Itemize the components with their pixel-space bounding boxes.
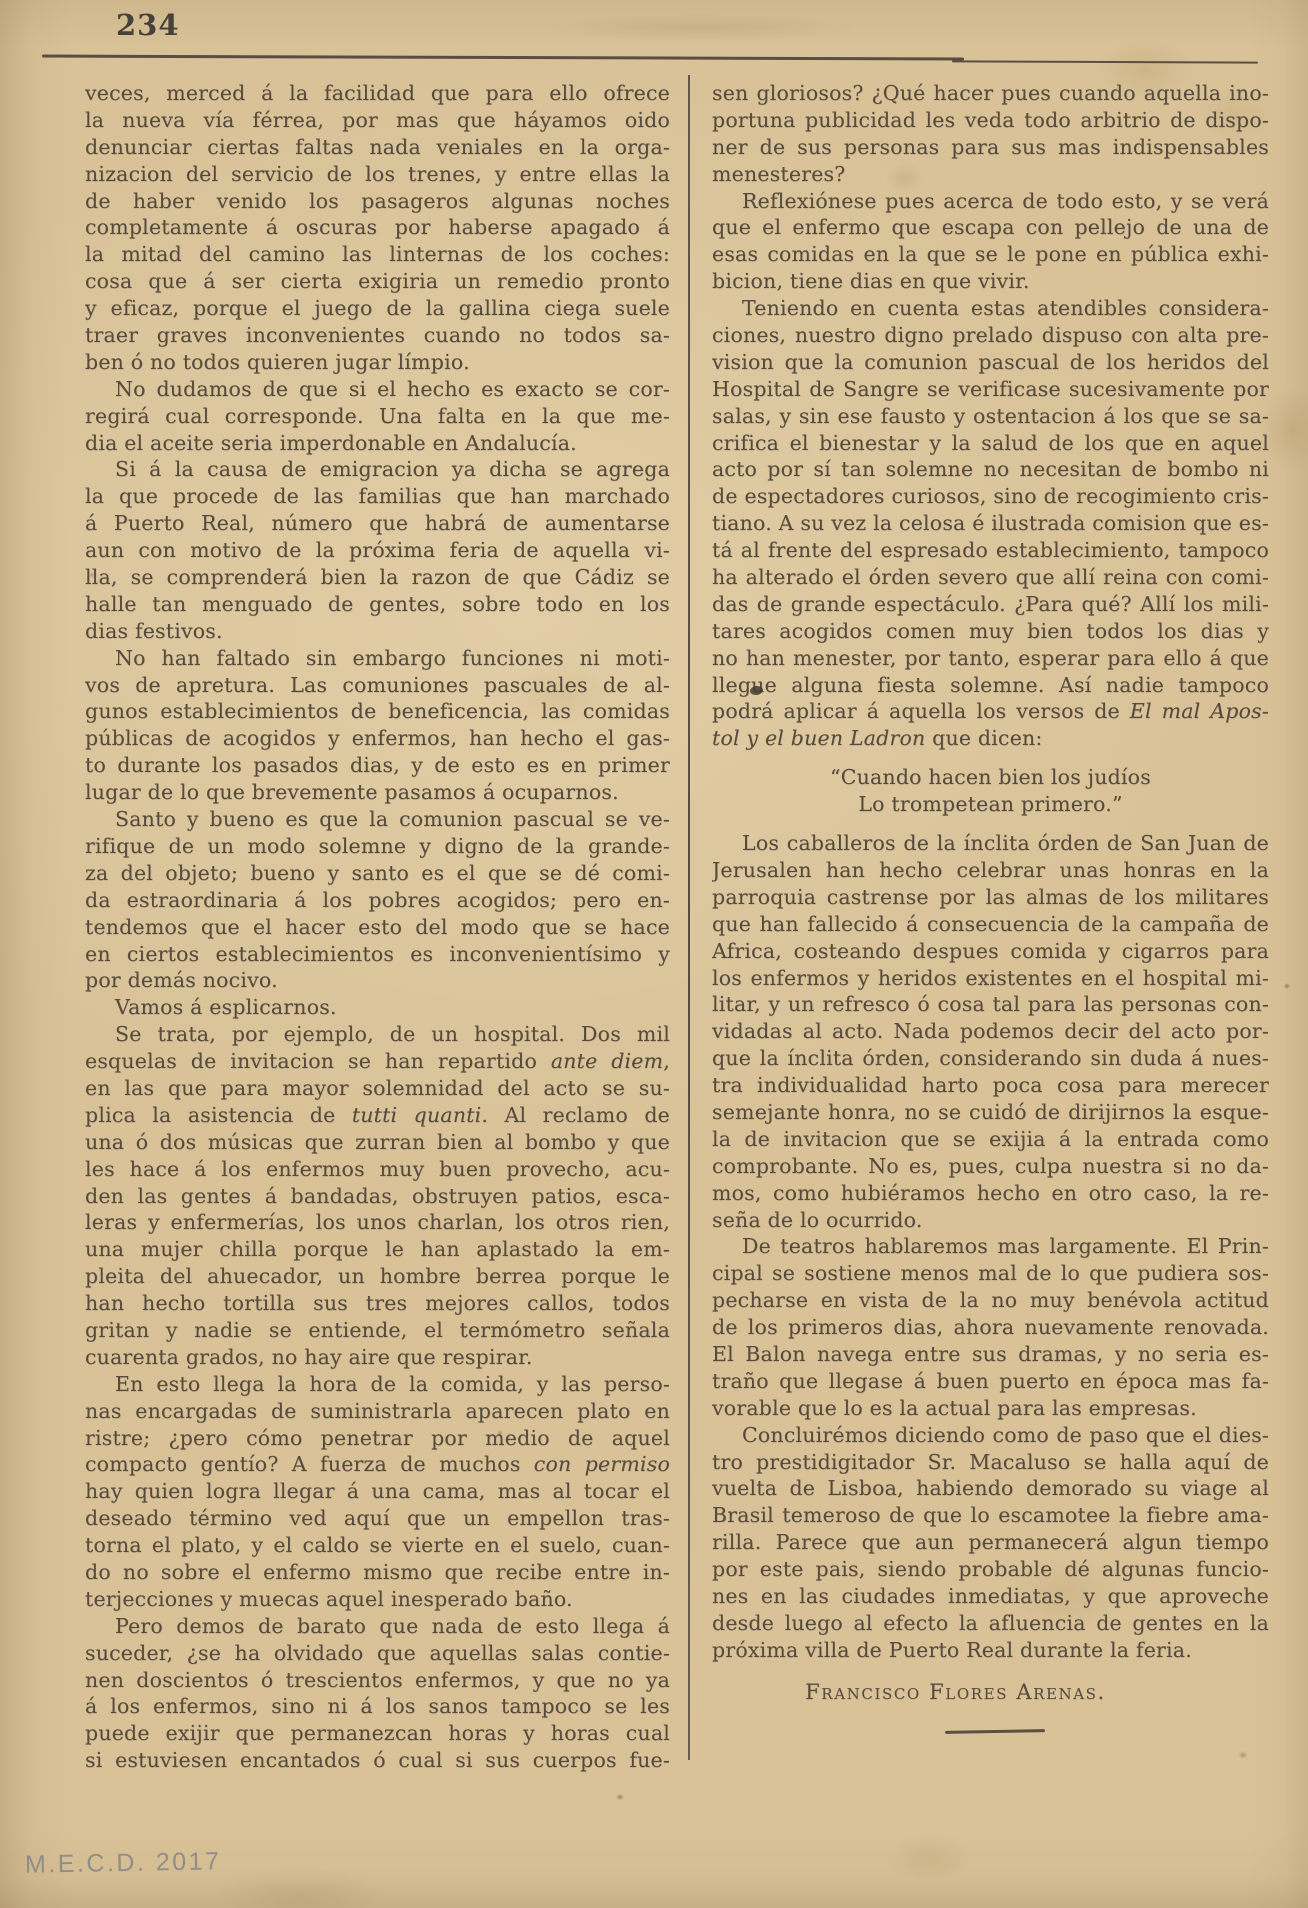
text-line: compacto gentío? A fuerza de muchos con … — [85, 1451, 670, 1478]
text-line: de espectadores curiosos, sino de recogi… — [712, 483, 1269, 510]
text-line: menesteres? — [712, 161, 1269, 188]
text-line: pecharse en vista de la no muy benévola … — [712, 1287, 1269, 1314]
text-line: si estuviesen encantados ó cual si sus c… — [85, 1747, 670, 1774]
text-line: podrá aplicar á aquella los versos de El… — [712, 698, 1269, 725]
text-line: tiano. A su vez la celosa é ilustrada co… — [712, 510, 1269, 537]
text-line: rifique de un modo solemne y digno de la… — [85, 833, 670, 860]
text-line: cuarenta grados, no hay aire que respira… — [85, 1344, 670, 1371]
text-line: próxima villa de Puerto Real durante la … — [712, 1637, 1269, 1664]
text-line: que la ínclita órden, considerando sin d… — [712, 1045, 1269, 1072]
text-line: mos, como hubiéramos hecho en otro caso,… — [712, 1180, 1269, 1207]
text-line: torna el plato, y el caldo se vierte en … — [85, 1532, 670, 1559]
text-line: semejante honra, no se cuidó de dirijirn… — [712, 1099, 1269, 1126]
text-line: plica la asistencia de tutti quanti. Al … — [85, 1102, 670, 1129]
text-line: completamente á oscuras por haberse apag… — [85, 214, 670, 241]
text-line: to durante los pasados dias, y de esto e… — [85, 752, 670, 779]
text-line: una mujer chilla porque le han aplastado… — [85, 1236, 670, 1263]
text-line: la nueva vía férrea, por mas que háyamos… — [85, 107, 670, 134]
header-rule — [42, 55, 964, 61]
text-line: Lo trompetean primero.” — [712, 791, 1269, 818]
text-line: den las gentes á bandadas, obstruyen pat… — [85, 1183, 670, 1210]
text-line: terjecciones y muecas aquel inesperado b… — [85, 1586, 670, 1613]
text-line: De teatros hablaremos mas largamente. El… — [712, 1233, 1269, 1260]
text-line: tra individualidad harto poca cosa para … — [712, 1072, 1269, 1099]
text-line: desde luego al efecto la afluencia de ge… — [712, 1610, 1269, 1637]
text-line: acto por sí tan solemne no necesitan de … — [712, 456, 1269, 483]
text-line: Jerusalen han hecho celebrar unas honras… — [712, 857, 1269, 884]
scanned-page: 234 veces, merced á la facilidad que par… — [0, 0, 1308, 1908]
text-line: vision que la comunion pascual de los he… — [712, 349, 1269, 376]
text-line: denunciar ciertas faltas nada veniales e… — [85, 134, 670, 161]
text-line: salas, y sin ese fausto y ostentacion á … — [712, 403, 1269, 430]
text-line: Si á la causa de emigracion ya dicha se … — [85, 456, 670, 483]
text-line: regirá cual corresponde. Una falta en la… — [85, 403, 670, 430]
text-line: esas comidas en la que se le pone en púb… — [712, 241, 1269, 268]
text-line: á Puerto Real, número que habrá de aumen… — [85, 510, 670, 537]
text-line: Se trata, por ejemplo, de un hospital. D… — [85, 1021, 670, 1048]
text-line: esquelas de invitacion se han repartido … — [85, 1048, 670, 1075]
text-line: han hecho tortilla sus tres mejores call… — [85, 1290, 670, 1317]
text-line: das de grande espectáculo. ¿Para qué? Al… — [712, 591, 1269, 618]
text-line: suceder, ¿se ha olvidado que aquellas sa… — [85, 1640, 670, 1667]
text-line: la mitad del camino las linternas de los… — [85, 241, 670, 268]
page-number: 234 — [116, 8, 180, 42]
mecd-watermark: M.E.C.D. 2017 — [25, 1847, 222, 1879]
text-line: gunos establecimientos de beneficencia, … — [85, 698, 670, 725]
text-line: nes en las ciudades inmediatas, y que ap… — [712, 1583, 1269, 1610]
text-line: Brasil temeroso de que lo escamotee la f… — [712, 1502, 1269, 1529]
text-line: pleita del ahuecador, un hombre berrea p… — [85, 1263, 670, 1290]
text-line: veces, merced á la facilidad que para el… — [85, 80, 670, 107]
text-line: que el enfermo que escapa con pellejo de… — [712, 214, 1269, 241]
text-line: lugar de lo que brevemente pasamos á ocu… — [85, 779, 670, 806]
text-line: halle tan menguado de gentes, sobre todo… — [85, 591, 670, 618]
text-line: Concluirémos diciendo como de paso que e… — [712, 1422, 1269, 1449]
text-line: vos de apretura. Las comuniones pascuale… — [85, 672, 670, 699]
text-line: tol y el buen Ladron que dicen: — [712, 725, 1269, 752]
text-line: en ciertos establecimientos es inconveni… — [85, 941, 670, 968]
text-line: sen gloriosos? ¿Qué hacer pues cuando aq… — [712, 80, 1269, 107]
text-line: ha alterado el órden severo que allí rei… — [712, 564, 1269, 591]
text-line: Los caballeros de la ínclita órden de Sa… — [712, 830, 1269, 857]
text-line: Teniendo en cuenta estas atendibles cons… — [712, 295, 1269, 322]
section-end-rule — [945, 1729, 1045, 1734]
text-line: Hospital de Sangre se verificase sucesiv… — [712, 376, 1269, 403]
text-line: bicion, tiene dias en que vivir. — [712, 268, 1269, 295]
right-column: sen gloriosos? ¿Qué hacer pues cuando aq… — [712, 80, 1269, 1664]
header-rule-right — [952, 60, 1258, 63]
text-line: traer graves inconvenientes cuando no to… — [85, 322, 670, 349]
column-divider-rule — [688, 75, 690, 1760]
text-line: ner de sus personas para sus mas indispe… — [712, 134, 1269, 161]
text-line: ristre; ¿pero cómo penetrar por medio de… — [85, 1425, 670, 1452]
text-line: públicas de acogidos y enfermos, han hec… — [85, 725, 670, 752]
text-line: una ó dos músicas que zurran bien al bom… — [85, 1129, 670, 1156]
text-line: vidadas al acto. Nada podemos decir del … — [712, 1018, 1269, 1045]
text-line: vorable que lo es la actual para las emp… — [712, 1395, 1269, 1422]
text-line: cipal se sostiene menos mal de lo que pu… — [712, 1260, 1269, 1287]
text-line: aun con motivo de la próxima feria de aq… — [85, 537, 670, 564]
text-line: ben ó no todos quieren jugar límpio. — [85, 349, 670, 376]
text-line: hay quien logra llegar á una cama, mas a… — [85, 1478, 670, 1505]
text-line: á los enfermos, sino ni á los sanos tamp… — [85, 1693, 670, 1720]
text-line: portuna publicidad les veda todo arbitri… — [712, 107, 1269, 134]
text-line: ciones, nuestro digno prelado dispuso co… — [712, 322, 1269, 349]
text-line: Reflexiónese pues acerca de todo esto, y… — [712, 188, 1269, 215]
text-line: nen doscientos ó trescientos enfermos, y… — [85, 1667, 670, 1694]
text-line: traño que llegase á buen puerto en época… — [712, 1368, 1269, 1395]
text-line: Pero demos de barato que nada de esto ll… — [85, 1613, 670, 1640]
text-line: llegue alguna fiesta solemne. Así nadie … — [712, 672, 1269, 699]
text-line: lla, se comprenderá bien la razon de que… — [85, 564, 670, 591]
text-line: en las que para mayor solemnidad del act… — [85, 1075, 670, 1102]
text-line: En esto llega la hora de la comida, y la… — [85, 1371, 670, 1398]
text-line: tendemos que el hacer esto del modo que … — [85, 914, 670, 941]
text-line: tro prestidigitador Sr. Macaluso se hall… — [712, 1449, 1269, 1476]
text-line: do no sobre el enfermo mismo que recibe … — [85, 1559, 670, 1586]
text-line: Africa, costeando despues comida y cigar… — [712, 938, 1269, 965]
text-line: por este pais, siendo probable dé alguna… — [712, 1556, 1269, 1583]
text-line: comprobante. No es, pues, culpa nuestra … — [712, 1153, 1269, 1180]
text-line: dias festivos. — [85, 618, 670, 645]
text-line: Santo y bueno es que la comunion pascual… — [85, 806, 670, 833]
text-line: tá al frente del espresado establecimien… — [712, 537, 1269, 564]
text-line: rilla. Parece que aun permanecerá algun … — [712, 1529, 1269, 1556]
text-line: da estraordinaria á los pobres acogidos;… — [85, 887, 670, 914]
text-line: “Cuando hacen bien los judíos — [712, 764, 1269, 791]
text-line: seña de lo ocurrido. — [712, 1207, 1269, 1234]
text-line: les hace á los enfermos muy buen provech… — [85, 1156, 670, 1183]
text-line: la que procede de las familias que han m… — [85, 483, 670, 510]
author-signature: Francisco Flores Arenas. — [677, 1680, 1234, 1704]
text-line: cosa que á ser cierta exigiria un remedi… — [85, 268, 670, 295]
text-line: deseado término ved aquí que un empellon… — [85, 1505, 670, 1532]
text-line: los enfermos y heridos existentes en el … — [712, 965, 1269, 992]
text-line: de haber venido los pasageros algunas no… — [85, 188, 670, 215]
text-line: nas encargadas de suministrarla aparecen… — [85, 1398, 670, 1425]
text-line: za del objeto; bueno y santo es el que s… — [85, 860, 670, 887]
text-line: tares acogidos comen muy bien todos los … — [712, 618, 1269, 645]
text-line: vuelta de Lisboa, habiendo demorado su v… — [712, 1475, 1269, 1502]
text-line: y eficaz, porque el juego de la gallina … — [85, 295, 670, 322]
text-line: nizacion del servicio de los trenes, y e… — [85, 161, 670, 188]
text-line: parroquia castrense por las almas de los… — [712, 884, 1269, 911]
left-column: veces, merced á la facilidad que para el… — [85, 80, 670, 1774]
text-line: gritan y nadie se entiende, el termómetr… — [85, 1317, 670, 1344]
text-line: No han faltado sin embargo funciones ni … — [85, 645, 670, 672]
text-line: dia el aceite seria imperdonable en Anda… — [85, 430, 670, 457]
text-line: crifica el bienestar y la salud de los q… — [712, 430, 1269, 457]
text-line: que han fallecido á consecuencia de la c… — [712, 911, 1269, 938]
text-line: por demás nocivo. — [85, 967, 670, 994]
text-line: El Balon navega entre sus dramas, y no s… — [712, 1341, 1269, 1368]
text-line: No dudamos de que si el hecho es exacto … — [85, 376, 670, 403]
text-line: Vamos á esplicarnos. — [85, 994, 670, 1021]
text-line: leras y enfermerías, los unos charlan, l… — [85, 1209, 670, 1236]
text-line: puede exijir que permanezcan horas y hor… — [85, 1720, 670, 1747]
text-line: no han menester, por tanto, esperar para… — [712, 645, 1269, 672]
text-line: litar, y un refresco ó cosa tal para las… — [712, 991, 1269, 1018]
text-line: la de invitacion que se exijia á la entr… — [712, 1126, 1269, 1153]
text-line: de los primeros dias, ahora nuevamente r… — [712, 1314, 1269, 1341]
